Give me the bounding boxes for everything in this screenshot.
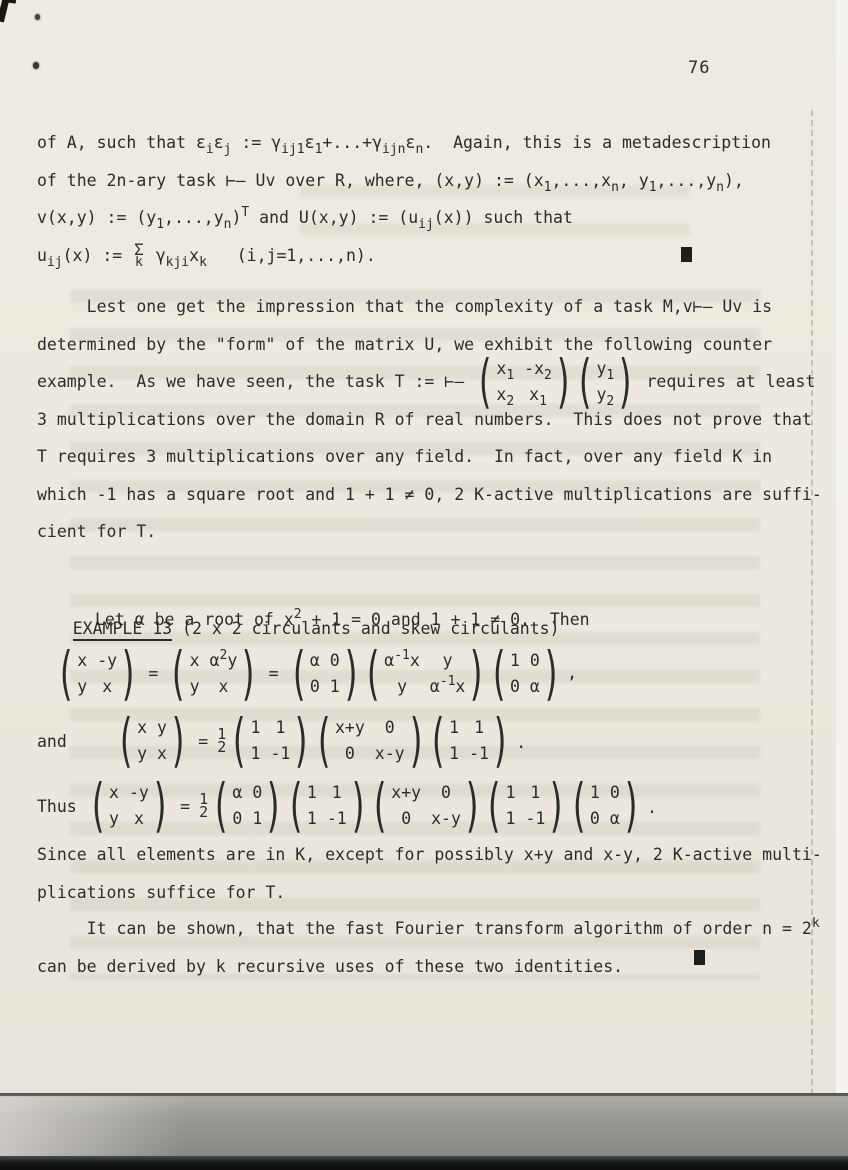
- text-line: of the 2n-ary task ⊢— Uv over R, where, …: [37, 162, 817, 200]
- ink-speck: [35, 14, 40, 20]
- equals-sign: =: [180, 797, 190, 816]
- column-vector: (y1y2): [575, 356, 635, 408]
- text-line: It can be shown, that the fast Fourier t…: [37, 910, 827, 948]
- text-line: Since all elements are in K, except for …: [37, 836, 827, 874]
- equals-sign: =: [269, 664, 279, 683]
- text-line: can be derived by k recursive uses of th…: [37, 948, 827, 986]
- summation-symbol: Σk: [134, 243, 144, 269]
- one-half-fraction: 12: [199, 793, 208, 819]
- one-half-fraction: 12: [217, 728, 226, 754]
- matrix: (x-yyx): [56, 648, 138, 700]
- paragraph-conclusion: Since all elements are in K, except for …: [37, 836, 827, 911]
- matrix: (α001): [289, 648, 361, 700]
- text-line: v(x,y) := (y1,...,yn)T and U(x,y) := (ui…: [37, 199, 817, 237]
- equals-sign: =: [198, 732, 208, 751]
- punctuation: ,: [567, 663, 577, 682]
- text-line: plications suffice for T.: [37, 874, 827, 912]
- matrix: (x1-x2x2x1): [475, 356, 573, 408]
- matrix: (α-1xyyα-1x): [363, 648, 487, 700]
- text-line: T requires 3 multiplications over any fi…: [37, 438, 827, 476]
- paragraph-fft-remark: It can be shown, that the fast Fourier t…: [37, 910, 827, 985]
- page-number: 76: [688, 58, 710, 78]
- punctuation: .: [516, 733, 526, 752]
- scan-black-strip: [0, 1156, 848, 1170]
- matrix: (xyyx): [116, 715, 188, 767]
- end-of-proof-square: [681, 247, 692, 262]
- matrix: (x+y00x-y): [370, 780, 482, 832]
- matrix: (xα2yyx): [168, 648, 258, 700]
- matrix: (111-1): [484, 780, 566, 832]
- paragraph-metadescription: of A, such that εiεj := γij1ε1+...+γijnε…: [37, 124, 817, 274]
- matrix: (111-1): [229, 715, 311, 767]
- text-line: uij(x) := Σk γkjixk (i,j=1,...,n).: [37, 237, 817, 275]
- scan-corner-mark: [0, 0, 10, 22]
- text-line: determined by the "form" of the matrix U…: [37, 326, 827, 364]
- equals-sign: =: [148, 664, 158, 683]
- matrix: (111-1): [286, 780, 368, 832]
- matrix: (111-1): [428, 715, 510, 767]
- equation-combined-identity: Thus (x-yyx) = 12 (α001) (111-1) (x+y00x…: [37, 793, 657, 819]
- text-line-with-matrix: example. As we have seen, the task T := …: [37, 363, 827, 401]
- text-line: which -1 has a square root and 1 + 1 ≠ 0…: [37, 476, 827, 514]
- matrix: (x+y00x-y): [314, 715, 426, 767]
- text-line: 3 multiplications over the domain R of r…: [37, 401, 827, 439]
- punctuation: .: [647, 798, 657, 817]
- matrix: (100α): [569, 780, 641, 832]
- scan-shadow-band-edge: [0, 1093, 848, 1096]
- matrix: (x-yyx): [88, 780, 170, 832]
- example-let-line: Let α be a root of x2 + 1 = 0 and 1 + 1 …: [95, 601, 590, 639]
- matrix: (α001): [211, 780, 283, 832]
- equation-circulant-identity: (x-yyx) = (xα2yyx) = (α001) (α-1xyyα-1x)…: [55, 663, 577, 684]
- equation-label: Thus: [37, 797, 77, 816]
- equation-label: and: [37, 732, 67, 751]
- equation-symmetric-identity: and (xyyx) = 12 (111-1) (x+y00x-y) (111-…: [37, 728, 526, 754]
- matrix: (100α): [489, 648, 561, 700]
- text-line: of A, such that εiεj := γij1ε1+...+γijnε…: [37, 124, 817, 162]
- text-line: Lest one get the impression that the com…: [37, 288, 827, 326]
- scan-edge-strip: [836, 0, 848, 1100]
- end-of-proof-square: [694, 950, 705, 965]
- ink-speck: [33, 62, 39, 69]
- text-line: cient for T.: [37, 513, 827, 551]
- paragraph-counterexample: Lest one get the impression that the com…: [37, 288, 827, 551]
- scanned-page: 76 of A, such that εiεj := γij1ε1+...+γi…: [0, 0, 848, 1170]
